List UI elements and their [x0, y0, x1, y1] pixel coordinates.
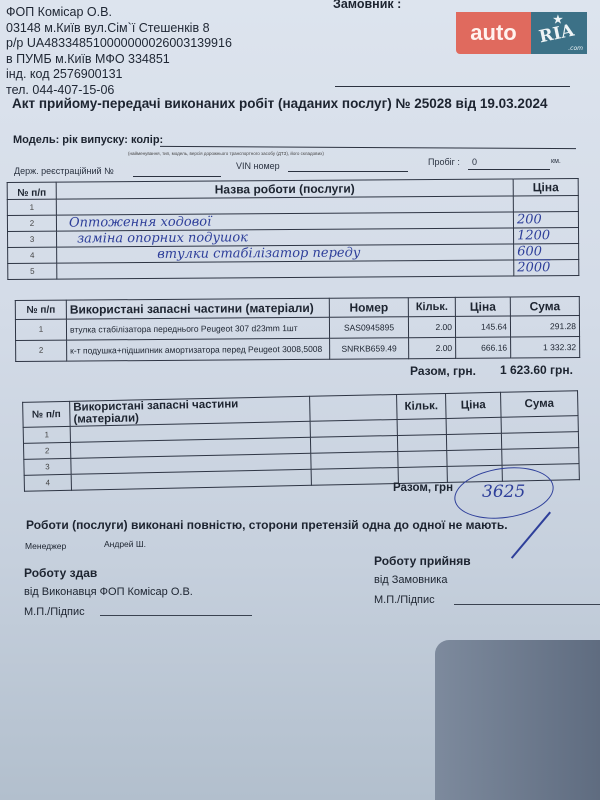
row-number: 5	[8, 263, 57, 279]
row-number: 4	[24, 474, 71, 491]
issuer-tax-id: інд. код 2576900131	[6, 67, 232, 83]
work-price: 200	[513, 212, 578, 228]
mileage-unit: км.	[551, 158, 561, 165]
row-number: 1	[15, 319, 66, 340]
table-row: 2 к-т подушка+підшипник амортизатора пер…	[16, 337, 580, 362]
cell	[311, 467, 398, 485]
manager-name: Андрей Ш.	[104, 539, 146, 549]
work-name	[57, 260, 514, 279]
photo-shadow	[435, 640, 600, 800]
issuer-block: ФОП Комісар О.В. 03148 м.Київ вул.Сім`ї …	[6, 5, 232, 98]
works-header-num: № п/п	[7, 182, 56, 199]
row-number: 4	[8, 247, 57, 263]
parts2-header-qty: Кільк.	[397, 393, 447, 419]
completion-statement: Роботи (послуги) виконані повністю, стор…	[26, 518, 508, 532]
part-code: SNRKB659.49	[330, 338, 409, 360]
acceptance-from: від Замовника	[374, 574, 447, 586]
works-table: № п/п Назва роботи (послуги) Ціна 1 2 Оп…	[7, 178, 580, 280]
parts-header-price: Ціна	[455, 297, 510, 316]
handover-title: Роботу здав	[24, 566, 97, 580]
issuer-bank: в ПУМБ м.Київ МФО 334851	[6, 52, 232, 68]
work-price	[513, 196, 578, 212]
work-price: 600	[514, 244, 579, 260]
row-number: 1	[23, 426, 70, 443]
part-price: 145.64	[455, 316, 510, 337]
issuer-account: р/р UA483348510000000026003139916	[6, 36, 232, 52]
row-number: 3	[8, 231, 57, 247]
model-label: Модель: рік випуску: колір:	[13, 134, 163, 146]
works-header-price: Ціна	[513, 179, 578, 196]
issuer-name: ФОП Комісар О.В.	[6, 5, 232, 21]
cell	[397, 434, 446, 451]
cell	[397, 418, 446, 435]
vin-field	[288, 171, 408, 172]
watermark-ria: ★ RIA .com	[531, 12, 587, 54]
model-line	[160, 146, 576, 149]
parts-total-label: Разом, грн.	[410, 364, 476, 378]
row-number: 1	[7, 199, 56, 215]
watermark-com: .com	[568, 45, 583, 52]
vin-label: VIN номер	[236, 161, 280, 171]
row-number: 3	[24, 458, 71, 475]
cell	[311, 451, 398, 469]
signature-stroke	[511, 512, 551, 559]
customer-line	[335, 86, 570, 87]
autoria-watermark: auto ★ RIA .com	[456, 12, 587, 54]
row-number: 2	[16, 340, 67, 361]
handover-signature-line	[100, 615, 252, 616]
customer-label: Замовник :	[333, 0, 401, 11]
cell	[398, 450, 447, 467]
acceptance-title: Роботу прийняв	[374, 554, 471, 568]
part-sum: 291.28	[510, 316, 579, 337]
cell	[446, 433, 501, 450]
manager-label: Менеджер	[25, 541, 66, 551]
part-qty: 2.00	[408, 316, 455, 337]
parts-total-value: 1 623.60 грн.	[500, 363, 573, 377]
row-number: 2	[7, 215, 56, 231]
acceptance-sign-label: М.П./Підпис	[374, 594, 435, 606]
table-row: 5 2000	[8, 260, 579, 280]
part-price: 666.16	[456, 337, 511, 358]
parts-table: № п/п Використані запасні частини (матер…	[15, 296, 580, 362]
parts-header-sum: Сума	[510, 297, 579, 316]
work-price: 1200	[513, 228, 578, 244]
parts2-total-label: Разом, грн	[393, 482, 453, 494]
row-number: 2	[23, 442, 70, 459]
cell	[310, 419, 397, 437]
reg-number-field	[133, 176, 221, 177]
parts-header-qty: Кільк.	[408, 297, 455, 316]
watermark-auto: auto	[456, 12, 531, 54]
part-qty: 2.00	[409, 337, 456, 358]
mileage-value: 0	[472, 157, 477, 167]
parts2-header-price: Ціна	[446, 392, 502, 418]
handover-sign-label: М.П./Підпис	[24, 606, 85, 618]
parts2-header-sum: Сума	[501, 391, 579, 418]
cell	[447, 449, 502, 466]
cell	[501, 432, 578, 450]
cell	[501, 416, 578, 434]
part-sum: 1 332.32	[511, 337, 580, 358]
parts2-header-code	[310, 394, 398, 421]
work-total-handwritten: 2000	[514, 260, 579, 276]
model-sublabel: (найменування, тип, модель, версія дорож…	[128, 151, 324, 156]
cell	[398, 466, 447, 483]
mileage-field	[468, 169, 550, 170]
parts-header-num: № п/п	[15, 300, 66, 319]
part-code: SAS0945895	[329, 317, 408, 339]
reg-number-label: Держ. реєстраційний №	[14, 166, 114, 176]
issuer-address: 03148 м.Київ вул.Сім`ї Стешенків 8	[6, 21, 232, 37]
cell	[446, 417, 501, 434]
act-title: Акт прийому-передачі виконаних робіт (на…	[12, 96, 547, 111]
part-name: втулка стабілізатора переднього Peugeot …	[66, 317, 329, 340]
parts-header-code: Номер	[329, 298, 408, 318]
cell	[502, 448, 579, 466]
handover-from: від Виконавця ФОП Комісар О.В.	[24, 586, 193, 598]
watermark-ria-text: RIA	[537, 21, 576, 48]
acceptance-signature-line	[454, 604, 600, 605]
parts2-header-num: № п/п	[23, 401, 71, 427]
parts-header-name: Використані запасні частини (матеріали)	[66, 298, 329, 319]
cell	[310, 435, 397, 453]
mileage-label: Пробіг :	[428, 157, 460, 167]
part-name: к-т подушка+підшипник амортизатора перед…	[67, 338, 330, 361]
